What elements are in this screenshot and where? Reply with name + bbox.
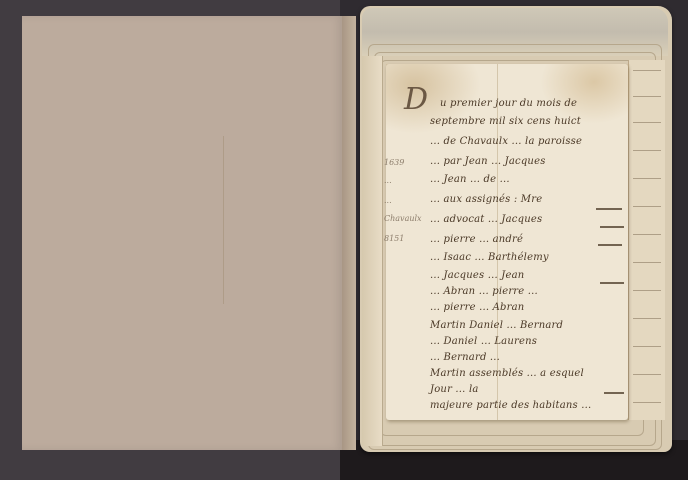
manuscript-line: ... Jacques ... Jean (430, 270, 524, 281)
tab-line (633, 70, 661, 71)
manuscript-line: ... Jean ... de ... (430, 174, 510, 185)
ink-flourish (604, 392, 624, 394)
tab-line (633, 374, 661, 375)
margin-note: ... (384, 176, 392, 185)
tab-line (633, 178, 661, 179)
page-edge (342, 16, 356, 450)
tab-line (633, 96, 661, 97)
ink-flourish (600, 282, 624, 284)
manuscript-line: ... Abran ... pierre ... (430, 286, 538, 297)
margin-note: Chavaulx (384, 214, 422, 223)
tab-line (633, 122, 661, 123)
tab-line (633, 290, 661, 291)
ink-flourish (600, 226, 624, 228)
ink-flourish (598, 244, 622, 246)
manuscript-line: ... Isaac ... Barthélemy (430, 252, 549, 263)
manuscript-line: majeure partie des habitans ... (430, 400, 591, 411)
tab-line (633, 262, 661, 263)
manuscript-line: ... par Jean ... Jacques (430, 156, 546, 167)
tab-line (633, 346, 661, 347)
ink-flourish (596, 208, 622, 210)
bundle-left-edge (362, 56, 383, 446)
manuscript-line: ... aux assignés : Mre (430, 194, 542, 205)
margin-note: ... (384, 196, 392, 205)
manuscript-line: u premier jour du mois de (440, 98, 577, 109)
water-stain (540, 64, 630, 124)
margin-note: 1639 (384, 158, 404, 167)
manuscript-line: ... advocat ... Jacques (430, 214, 542, 225)
blank-left-page (22, 16, 344, 450)
right-tab-strip (628, 60, 665, 420)
tab-line (633, 402, 661, 403)
manuscript-line: Jour ... la (430, 384, 479, 395)
manuscript-line: ... pierre ... Abran (430, 302, 524, 313)
manuscript-line: ... Bernard ... (430, 352, 500, 363)
tab-line (633, 150, 661, 151)
margin-note: 8151 (384, 234, 404, 243)
decorated-initial: D (404, 82, 428, 117)
tab-line (633, 206, 661, 207)
manuscript-line: Martin assemblés ... a esquel (430, 368, 584, 379)
manuscript-line: ... pierre ... andré (430, 234, 523, 245)
page-crease (223, 136, 224, 304)
manuscript-line: septembre mil six cens huict (430, 116, 581, 127)
manuscript-line: ... Daniel ... Laurens (430, 336, 537, 347)
manuscript-line: ... de Chavaulx ... la paroisse (430, 136, 582, 147)
tab-line (633, 234, 661, 235)
manuscript-line: Martin Daniel ... Bernard (430, 320, 563, 331)
tab-line (633, 318, 661, 319)
